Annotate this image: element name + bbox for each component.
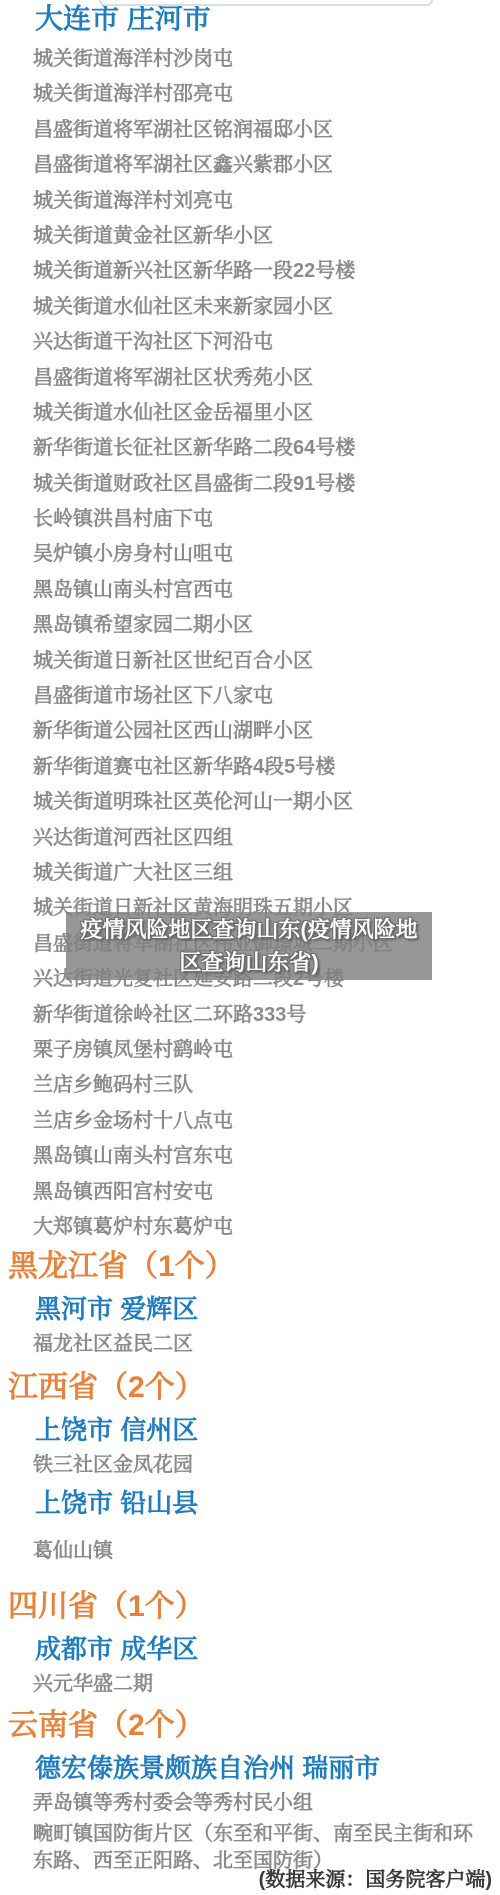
- risk-area-item: 城关街道海洋村沙岗屯: [0, 42, 500, 77]
- title-watermark-overlay: 疫情风险地区查询山东(疫情风险地 区查询山东省): [66, 912, 432, 980]
- risk-area-item: 黑岛镇山南头村宫东屯: [0, 1139, 500, 1174]
- risk-area-item: 大郑镇葛炉村东葛炉屯: [0, 1210, 500, 1245]
- risk-area-item: 兴达街道干沟社区下河沿屯: [0, 325, 500, 360]
- overlay-title-line: 疫情风险地区查询山东(疫情风险地: [66, 913, 432, 946]
- risk-area-item: 福龙社区益民二区: [0, 1323, 500, 1356]
- risk-area-item: 城关街道水仙社区未来新家园小区: [0, 290, 500, 325]
- data-source-note: (数据来源：国务院客户端): [259, 1868, 492, 1892]
- risk-area-list: 城关街道海洋村沙岗屯 城关街道海洋村邵亮屯 昌盛街道将军湖社区铭润福邸小区 昌盛…: [0, 34, 500, 1245]
- province-header: 云南省（2个）: [0, 1696, 500, 1742]
- province-header: 江西省（2个）: [0, 1356, 500, 1404]
- risk-area-item: 黑岛镇希望家园二期小区: [0, 608, 500, 643]
- risk-area-item: 新华街道公园社区西山湖畔小区: [0, 714, 500, 749]
- risk-area-item: 城关街道新兴社区新华路一段22号楼: [0, 254, 500, 289]
- province-header: 四川省（1个）: [0, 1563, 500, 1623]
- risk-area-item: 葛仙山镇: [0, 1517, 500, 1563]
- risk-area-item: 城关街道广大社区三组: [0, 856, 500, 891]
- risk-area-item: 城关街道海洋村刘亮屯: [0, 184, 500, 219]
- risk-area-item: 城关街道海洋村邵亮屯: [0, 77, 500, 112]
- risk-area-item: 城关街道黄金社区新华小区: [0, 219, 500, 254]
- risk-area-item: 兰店乡鲍码村三队: [0, 1068, 500, 1103]
- risk-area-item: 城关街道水仙社区金岳福里小区: [0, 396, 500, 431]
- risk-area-item: 兴达街道河西社区四组: [0, 821, 500, 856]
- risk-area-item: 城关街道明珠社区英伦河山一期小区: [0, 785, 500, 820]
- cropped-card-edge: [99, 0, 433, 6]
- risk-area-item: 畹町镇国防街片区（东至和平街、南至民主街和环东路、西至正阳路、北至国防街）: [0, 1815, 500, 1875]
- overlay-title-line: 区查询山东省): [66, 946, 432, 979]
- risk-area-item: 昌盛街道将军湖社区鑫兴紫郡小区: [0, 148, 500, 183]
- city-header: 成都市 成华区: [0, 1623, 500, 1663]
- risk-area-item: 栗子房镇凤堡村鹞岭屯: [0, 1033, 500, 1068]
- article-body: { "colors": { "province_header": "#e8813…: [0, 0, 500, 1895]
- city-header: 上饶市 铅山县: [0, 1477, 500, 1517]
- risk-area-item: 城关街道日新社区世纪百合小区: [0, 644, 500, 679]
- city-header: 黑河市 爱辉区: [0, 1283, 500, 1323]
- risk-area-item: 黑岛镇山南头村宫西屯: [0, 573, 500, 608]
- risk-area-item: 长岭镇洪昌村庙下屯: [0, 502, 500, 537]
- city-header: 德宏傣族景颇族自治州 瑞丽市: [0, 1742, 500, 1782]
- risk-area-item: 昌盛街道市场社区下八家屯: [0, 679, 500, 714]
- risk-area-item: 兰店乡金场村十八点屯: [0, 1104, 500, 1139]
- risk-area-item: 兴元华盛二期: [0, 1663, 500, 1696]
- province-header: 黑龙江省（1个）: [0, 1245, 500, 1283]
- risk-area-item: 铁三社区金凤花园: [0, 1444, 500, 1477]
- risk-area-item: 昌盛街道将军湖社区铭润福邸小区: [0, 113, 500, 148]
- risk-area-item: 新华街道赛屯社区新华路4段5号楼: [0, 750, 500, 785]
- risk-area-item: 新华街道长征社区新华路二段64号楼: [0, 431, 500, 466]
- risk-area-item: 黑岛镇西阳宫村安屯: [0, 1175, 500, 1210]
- risk-area-item: 弄岛镇等秀村委会等秀村民小组: [0, 1782, 500, 1815]
- risk-area-item: 昌盛街道将军湖社区状秀苑小区: [0, 361, 500, 396]
- risk-area-item: 吴炉镇小房身村山咀屯: [0, 537, 500, 572]
- risk-area-item: 新华街道徐岭社区二环路333号: [0, 998, 500, 1033]
- risk-area-item: 城关街道财政社区昌盛街二段91号楼: [0, 467, 500, 502]
- city-header: 上饶市 信州区: [0, 1404, 500, 1444]
